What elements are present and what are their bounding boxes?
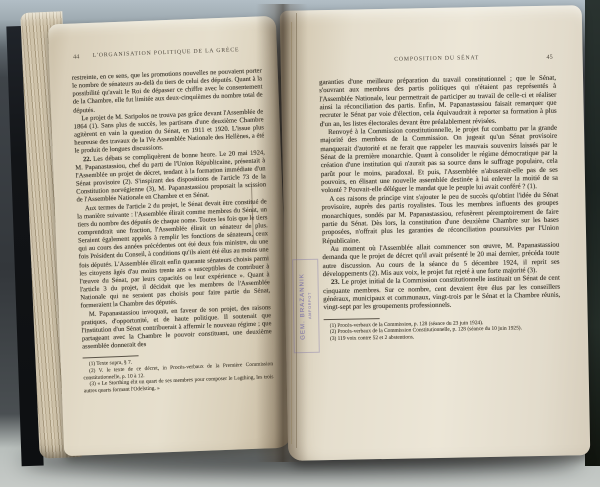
- paragraph: M. Papanastassiou invoquait, en faveur d…: [81, 304, 272, 352]
- paragraph: Au moment où l'Assemblée allait commence…: [322, 241, 560, 279]
- left-page-number: 44: [73, 53, 79, 60]
- paragraph: 23.Le projet initial de la Commission co…: [323, 275, 561, 313]
- paragraph: 22.Les débats se compliquèrent de bonne …: [75, 149, 267, 205]
- right-running-header: COMPOSITION DU SÉNAT 45: [319, 54, 555, 68]
- right-header-title: COMPOSITION DU SÉNAT: [394, 55, 479, 63]
- footnote-rule: [324, 318, 380, 320]
- paragraph: A ces raisons de principe vint s'ajouter…: [321, 191, 559, 246]
- paragraph: garanties d'une meilleure préparation du…: [319, 75, 557, 130]
- left-page: 44 L'ORGANISATION POLITIQUE DE LA GRÈCE …: [48, 16, 292, 456]
- right-page-number: 45: [546, 54, 552, 61]
- library-stamp-subtext: AMFORPOT: [308, 292, 312, 319]
- paragraph: Aux termes de l'article 2 du projet, le …: [77, 198, 271, 311]
- left-footnotes: (1) Texte supra, § 7. (2) V. le texte de…: [83, 354, 274, 394]
- footnote-rule: [83, 356, 139, 359]
- library-stamp-text: GEM. BRAZANNIK: [299, 273, 306, 340]
- right-page: COMPOSITION DU SÉNAT 45 garanties d'une …: [280, 5, 591, 461]
- left-page-body: restreinte, en ce sens, que les promotio…: [72, 67, 273, 351]
- paragraph: Renvoyé à la Commission constitutionnell…: [320, 125, 558, 196]
- right-footnotes: (1) Procès-verbaux de la Commission, p. …: [324, 318, 561, 342]
- right-page-body: garanties d'une meilleure préparation du…: [319, 75, 560, 313]
- book-photo: 44 L'ORGANISATION POLITIQUE DE LA GRÈCE …: [0, 0, 600, 487]
- left-header-title: L'ORGANISATION POLITIQUE DE LA GRÈCE: [93, 47, 240, 59]
- left-running-header: 44 L'ORGANISATION POLITIQUE DE LA GRÈCE: [71, 46, 261, 62]
- library-stamp: GEM. BRAZANNIK AMFORPOT: [292, 259, 320, 353]
